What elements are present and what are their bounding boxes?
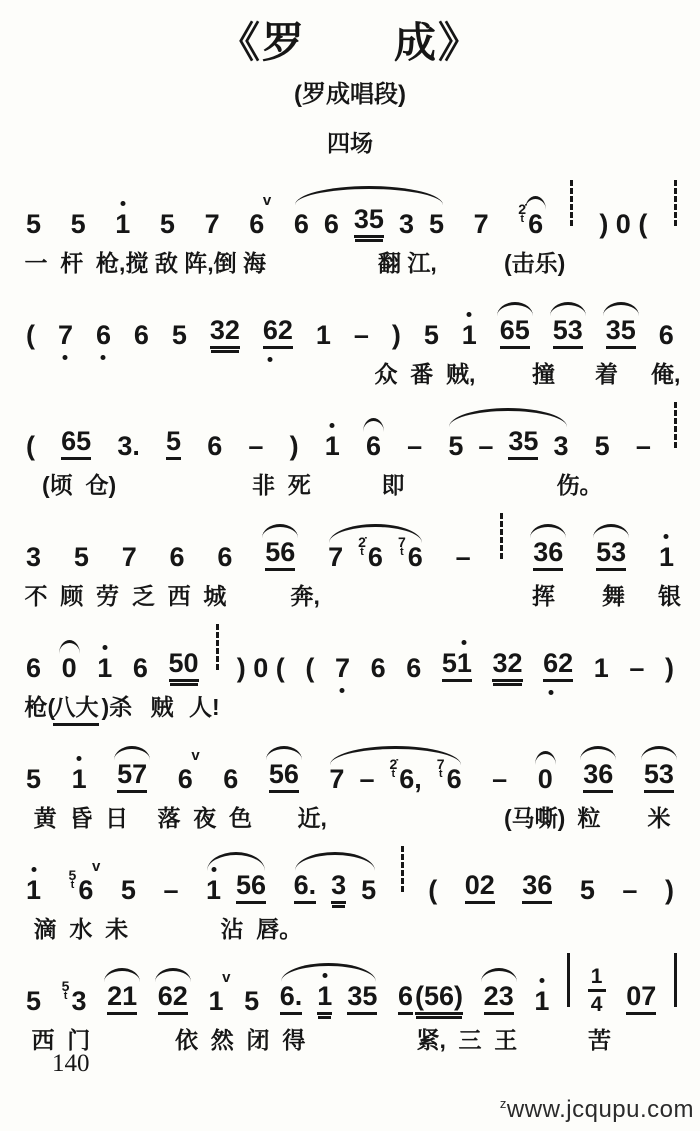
note-main: 5 (595, 433, 610, 460)
note-text: 6 (408, 542, 423, 572)
octave-dot-above (31, 867, 36, 872)
note-main: 6 (217, 544, 232, 571)
note-text: 35 (347, 981, 377, 1011)
note-main: 5 (244, 988, 259, 1015)
lyric-segment: 着 (595, 356, 618, 389)
note-text: 7 (329, 764, 344, 794)
octave-dot-above (211, 867, 216, 872)
note-token: – (478, 433, 493, 460)
notes-row: 51576v6567–2̇t6,7t6–03653 (0, 725, 700, 793)
note-token: 1 (316, 322, 331, 349)
time-signature-numerator: 1 (591, 966, 603, 987)
note-main: 6 (528, 211, 543, 238)
tie-arc (530, 524, 566, 538)
note-token: 7 (335, 655, 350, 682)
note-token: 1 (325, 433, 340, 460)
score-line: (766532621–)516553356众 番 贼,撞着俺, (0, 281, 700, 392)
note-main: 56 (269, 761, 299, 793)
lyric-segment: 挥 (532, 578, 555, 611)
note-main: – (354, 322, 369, 349)
note-text: 6 (78, 875, 93, 905)
note-main: (56) (415, 983, 463, 1015)
note-token: 5t3 (62, 988, 87, 1015)
note-token: – (622, 877, 637, 904)
lyric-segment: 依 然 闭 得 (175, 1022, 305, 1055)
note-main: 6 (398, 983, 413, 1015)
note-token: 6. (294, 872, 317, 904)
note-main: 5 (26, 211, 41, 238)
note-token: ( (428, 877, 437, 904)
lyric-segment: 苦 (588, 1022, 611, 1055)
note-token: 6 (96, 322, 111, 349)
note-text: 6 (223, 764, 238, 794)
lyrics-row: 枪(八大)杀贼人! (0, 682, 700, 724)
note-main: 07 (626, 983, 656, 1015)
note-text: 5 (71, 209, 86, 239)
note-token: 6 (133, 655, 148, 682)
note-main: – (636, 433, 651, 460)
score-line: 15t6v5–1566.35(02365–)滴 水 未沾 唇。 (0, 836, 700, 947)
slur-arc (295, 852, 376, 871)
barline (674, 402, 677, 448)
note-text: 1 (97, 653, 112, 683)
note-text: 7 (474, 209, 489, 239)
note-text: ) 0 ( (599, 209, 647, 239)
score-line: 51576v6567–2̇t6,7t6–03653黄 昏 日落 夜 色近,(马嘶… (0, 725, 700, 836)
lyric-segment: )杀 (102, 689, 133, 722)
note-token: 6 (294, 211, 309, 238)
lyric-segment: 八大 (53, 689, 99, 726)
note-main: 1 (115, 211, 130, 238)
note-text: 6. (294, 870, 317, 900)
note-token: 1 (26, 877, 41, 904)
barline (216, 624, 219, 670)
note-token: 32 (492, 650, 522, 682)
note-text: – (163, 875, 178, 905)
note-main: 1v (208, 988, 223, 1015)
note-text: 53 (596, 537, 626, 567)
tie-arc (262, 524, 298, 538)
note-token: – (492, 766, 507, 793)
note-text: 5 (595, 431, 610, 461)
time-signature: 14 (588, 966, 606, 1015)
note-token: – (359, 766, 374, 793)
note-main: 1 (317, 983, 332, 1015)
note-main: 6 (223, 766, 238, 793)
note-main: 6 (447, 766, 462, 793)
note-main: 36 (522, 872, 552, 904)
note-token: 5 (448, 433, 463, 460)
octave-dot-above (102, 645, 107, 650)
note-text: 57 (117, 759, 147, 789)
note-main: 65 (61, 428, 91, 460)
note-token: 5t6v (69, 877, 94, 904)
note-token: 5 (244, 988, 259, 1015)
note-token: 6 (366, 433, 381, 460)
note-text: ( (428, 875, 437, 905)
note-token: 6 (406, 655, 421, 682)
note-text: 62 (543, 648, 573, 678)
note-token: 62 (263, 317, 293, 349)
note-main: 7 (474, 211, 489, 238)
lyrics-row: 一 杆 枪,搅 敌 阵,倒 海翻 江,(击乐) (0, 238, 700, 280)
note-main: 53 (553, 317, 583, 349)
note-token: 35 (354, 206, 384, 238)
note-text: 36 (522, 870, 552, 900)
note-text: 1 (534, 986, 549, 1016)
note-text: ) (665, 875, 674, 905)
lyric-segment: 枪( (25, 689, 56, 722)
note-main: 6 (408, 544, 423, 571)
watermark-text: www.jcqupu.com (507, 1096, 694, 1123)
note-main: 6 (207, 433, 222, 460)
note-text: 6 (249, 209, 264, 239)
note-main: ( (428, 877, 437, 904)
slur-group: 663535 (294, 206, 444, 238)
note-main: 5 (424, 322, 439, 349)
note-token: 6 (398, 983, 413, 1015)
slide-mark-icon: t (520, 215, 524, 225)
score-line: (653.56–)16–5–3535–(顷 仓)非 死即伤。 (0, 392, 700, 503)
note-token: 5 (580, 877, 595, 904)
note-main: 56 (265, 539, 295, 571)
page-number: 140 (52, 1050, 90, 1078)
note-main: 6v (78, 877, 93, 904)
note-main: 6 (324, 211, 339, 238)
note-token: ) (665, 655, 674, 682)
slide-mark-icon: t (360, 548, 364, 558)
note-text: 6 (170, 542, 185, 572)
note-main: 23 (484, 983, 514, 1015)
lyric-segment: 人! (189, 689, 220, 722)
note-text: – (629, 653, 644, 683)
note-main: 35 (606, 317, 636, 349)
note-text: 6 (96, 320, 111, 350)
note-main: 3 (399, 211, 414, 238)
note-token: 5 (429, 211, 444, 238)
note-text: 6, (399, 764, 422, 794)
note-main: ) (665, 877, 674, 904)
note-text: 65 (61, 426, 91, 456)
note-text: 6 (406, 653, 421, 683)
note-token: 5 (595, 433, 610, 460)
lyric-segment: 撞 (532, 356, 555, 389)
note-text: (56) (415, 981, 463, 1011)
note-token: 56 (269, 761, 299, 793)
note-token: 1 (317, 983, 332, 1015)
lyric-segment: (马嘶) (504, 800, 565, 833)
note-text: – (492, 764, 507, 794)
note-main: 1 (97, 655, 112, 682)
octave-dot-above (467, 312, 472, 317)
octave-dot-above (664, 534, 669, 539)
score-page: 《罗 成》 (罗成唱段) 四场 551576v66353572̇t6) 0 (一… (0, 0, 700, 1131)
note-main: 6v (178, 766, 193, 793)
note-token: 3 (399, 211, 414, 238)
slur-group: 156 (206, 872, 266, 904)
note-main: – (478, 433, 493, 460)
note-text: 5 (172, 320, 187, 350)
note-text: 36 (533, 537, 563, 567)
note-main: 53 (644, 761, 674, 793)
tie-arc (363, 418, 384, 432)
note-text: 62 (158, 981, 188, 1011)
note-main: 6. (294, 872, 317, 904)
note-text: 7 (122, 542, 137, 572)
note-token: 1 (97, 655, 112, 682)
slur-group: 72̇t67t6 (328, 544, 423, 571)
slur-arc (329, 524, 422, 543)
barline (500, 513, 503, 559)
note-text: 6 (371, 653, 386, 683)
note-token: – (163, 877, 178, 904)
note-token: 6 (170, 544, 185, 571)
note-token: 36 (522, 872, 552, 904)
note-main: ) 0 ( (599, 211, 647, 238)
note-text: 3 (331, 870, 346, 900)
note-token: 0 (538, 766, 553, 793)
note-text: 0 (62, 653, 77, 683)
note-main: 1 (659, 544, 674, 571)
note-token: (56) (415, 983, 463, 1015)
grace-note: 7t (398, 536, 406, 558)
note-text: 1 (206, 875, 221, 905)
note-token: 65 (500, 317, 530, 349)
note-main: 3 (553, 433, 568, 460)
note-token: 1 (72, 766, 87, 793)
note-token: – (248, 433, 263, 460)
note-main: 35 (354, 206, 384, 238)
note-text: – (407, 431, 422, 461)
grace-note: 2̇t (358, 536, 366, 558)
score-title: 《罗 成》 (0, 10, 700, 70)
note-main: 62 (543, 650, 573, 682)
note-token: 53 (644, 761, 674, 793)
note-main: 7 (328, 544, 343, 571)
note-text: – (622, 875, 637, 905)
note-text: 35 (354, 204, 384, 234)
note-main: 21 (107, 983, 137, 1015)
note-token: 1v (208, 988, 223, 1015)
note-text: 51 (442, 648, 472, 678)
note-main: 32 (210, 317, 240, 349)
slide-mark-icon: t (64, 992, 68, 1002)
note-text: ( (26, 431, 35, 461)
note-main: 3 (71, 988, 86, 1015)
note-token: 5 (424, 322, 439, 349)
note-token: – (629, 655, 644, 682)
lyric-segment: 舞 (602, 578, 625, 611)
octave-dot-above (120, 201, 125, 206)
barline (401, 846, 404, 892)
note-token: – (456, 544, 471, 571)
note-main: 6 (170, 544, 185, 571)
note-text: 3 (553, 431, 568, 461)
note-text: 7 (335, 653, 350, 683)
note-text: 21 (107, 981, 137, 1011)
slur-group: 6.35 (294, 872, 377, 904)
note-main: – (492, 766, 507, 793)
note-token: 56 (265, 539, 295, 571)
note-text: 6 (178, 764, 193, 794)
note-text: 6 (26, 653, 41, 683)
note-main: ( (26, 322, 35, 349)
note-main: 7 (329, 766, 344, 793)
breath-mark-icon: v (222, 970, 230, 985)
note-text: ) (392, 320, 401, 350)
note-token: 2̇t6 (358, 544, 383, 571)
note-main: 3 (331, 872, 346, 904)
note-token: 5 (172, 322, 187, 349)
note-main: 6 (406, 655, 421, 682)
lyric-segment: (顷 仓) (42, 467, 116, 500)
lyric-segment: 翻 江, (378, 245, 437, 278)
notes-row: (766532621–)516553356 (0, 281, 700, 349)
note-text: 1 (208, 986, 223, 1016)
score-line: 357665672̇t67t6–36531不 顾 劳 乏 西 城奔,挥舞银 (0, 503, 700, 614)
note-main: 1 (206, 877, 221, 904)
note-text: ) 0 ( (237, 653, 285, 683)
note-main: 57 (117, 761, 147, 793)
note-main: 5 (71, 211, 86, 238)
note-token: 23 (484, 983, 514, 1015)
breath-mark-icon: v (263, 193, 271, 208)
note-main: 62 (158, 983, 188, 1015)
note-text: 6 (294, 209, 309, 239)
note-main: 51 (442, 650, 472, 682)
note-text: 36 (583, 759, 613, 789)
note-text: – (359, 764, 374, 794)
tie-arc (266, 746, 302, 760)
note-token: – (636, 433, 651, 460)
grace-note: 7t (437, 758, 445, 780)
note-token: 36 (533, 539, 563, 571)
note-token: ) 0 ( (599, 211, 647, 238)
slide-mark-icon: t (400, 548, 404, 558)
note-main: 35 (508, 428, 538, 460)
note-text: 5 (121, 875, 136, 905)
note-main: ) (665, 655, 674, 682)
lyrics-row: 黄 昏 日落 夜 色近,(马嘶)粒米 (0, 793, 700, 835)
tie-arc (580, 746, 616, 760)
note-token: 2̇t6, (389, 766, 421, 793)
note-text: 6 (324, 209, 339, 239)
note-token: ) 0 ( (237, 655, 285, 682)
note-token: 1 (462, 322, 477, 349)
note-text: 5 (26, 209, 41, 239)
note-text: 5 (26, 986, 41, 1016)
note-text: 3 (71, 986, 86, 1016)
note-text: 32 (492, 648, 522, 678)
notes-row: 357665672̇t67t6–36531 (0, 503, 700, 571)
lyric-segment: 银 (658, 578, 681, 611)
note-token: 6v (249, 211, 264, 238)
note-token: 6v (178, 766, 193, 793)
note-text: 7 (205, 209, 220, 239)
score-subtitle: (罗成唱段) (0, 74, 700, 109)
note-main: 7 (205, 211, 220, 238)
note-text: 5 (580, 875, 595, 905)
note-token: 1 (659, 544, 674, 571)
lyric-segment: 粒 (578, 800, 601, 833)
note-text: 1 (72, 764, 87, 794)
note-text: 32 (210, 315, 240, 345)
note-main: 5 (121, 877, 136, 904)
note-token: 6 (223, 766, 238, 793)
lyric-segment: 贼 (151, 689, 174, 722)
note-text: 6 (207, 431, 222, 461)
note-main: 5 (448, 433, 463, 460)
note-token: 7 (474, 211, 489, 238)
note-text: 3 (399, 209, 414, 239)
note-text: 6 (134, 320, 149, 350)
lyric-segment: 即 (382, 467, 405, 500)
octave-dot-above (322, 973, 327, 978)
note-text: 5 (424, 320, 439, 350)
lyric-segment: 近, (298, 800, 327, 833)
note-main: 5 (74, 544, 89, 571)
note-main: 1 (72, 766, 87, 793)
note-main: 7 (58, 322, 73, 349)
note-main: ( (26, 433, 35, 460)
note-text: 1 (26, 875, 41, 905)
note-token: 1 (594, 655, 609, 682)
lyric-segment: 众 番 贼, (375, 356, 476, 389)
note-text: 1 (316, 320, 331, 350)
barline (570, 180, 573, 226)
lyric-segment: 米 (648, 800, 671, 833)
notes-row: (653.56–)16–5–3535– (0, 392, 700, 460)
slide-mark-icon: t (392, 770, 396, 780)
note-text: ( (26, 320, 35, 350)
note-main: ( (305, 655, 314, 682)
note-text: 7 (58, 320, 73, 350)
note-text: 56 (269, 759, 299, 789)
note-text: 1 (462, 320, 477, 350)
note-text: 1 (594, 653, 609, 683)
note-text: – (248, 431, 263, 461)
note-main: 5 (166, 428, 181, 460)
breath-mark-icon: v (191, 748, 199, 763)
note-main: 6 (659, 322, 674, 349)
note-text: 5 (361, 875, 376, 905)
note-token: ) (392, 322, 401, 349)
note-text: 6 (447, 764, 462, 794)
note-token: 6. (280, 983, 303, 1015)
note-token: – (407, 433, 422, 460)
note-text: 6 (133, 653, 148, 683)
lyric-segment: 一 杆 枪,搅 敌 阵,倒 海 (25, 245, 267, 278)
note-text: 1 (317, 981, 332, 1011)
tie-arc (535, 751, 556, 765)
note-text: 0 (538, 764, 553, 794)
tie-arc (59, 640, 80, 654)
slur-group: 5–353 (448, 428, 568, 460)
note-main: 35 (347, 983, 377, 1015)
note-token: 02 (465, 872, 495, 904)
lyric-segment: 滴 水 未 (34, 911, 129, 944)
note-token: 53 (596, 539, 626, 571)
note-main: 50 (169, 650, 199, 682)
barline (567, 953, 570, 1007)
note-main: – (407, 433, 422, 460)
note-token: 3 (331, 872, 346, 904)
note-token: ( (26, 322, 35, 349)
note-token: 5 (361, 877, 376, 904)
tie-arc (550, 302, 586, 316)
note-main: 62 (263, 317, 293, 349)
note-token: 6 (26, 655, 41, 682)
